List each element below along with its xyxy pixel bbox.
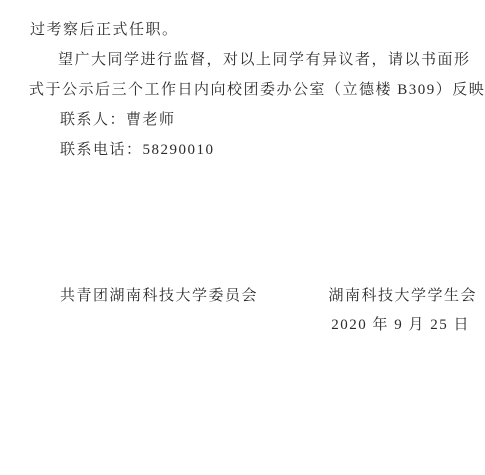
body-line-3: 式于公示后三个工作日内向校团委办公室（立德楼 B309）反映。 [29, 82, 485, 98]
document-page: 过考察后正式任职。 望广大同学进行监督，对以上同学有异议者，请以书面形 式于公示… [0, 0, 485, 475]
signature-right-org: 湖南科技大学学生会 [328, 288, 477, 304]
contact-person-line: 联系人：曹老师 [60, 112, 176, 128]
contact-phone-line: 联系电话：58290010 [60, 142, 215, 158]
date-line: 2020 年 9 月 25 日 [331, 317, 470, 333]
body-line-2: 望广大同学进行监督，对以上同学有异议者，请以书面形 [58, 52, 471, 68]
body-line-1: 过考察后正式任职。 [30, 22, 179, 38]
signature-left-org: 共青团湖南科技大学委员会 [60, 288, 258, 304]
